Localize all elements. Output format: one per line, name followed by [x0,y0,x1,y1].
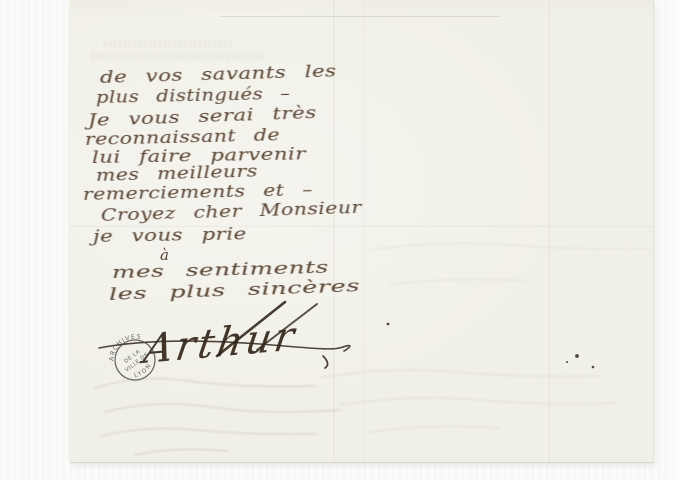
bleedthrough-strokes-middle-right [370,243,650,285]
bleedthrough-strokes-bottom-right [320,370,615,432]
letter-paper: de vos savants les plus distingués – Je … [70,0,654,463]
faint-embossed-letterhead [92,52,264,60]
archive-stamp: ARCHIVES LYON DE LA VILLE DE [103,328,167,392]
ink-specks [387,323,595,369]
faint-embossed-letterhead [104,41,234,48]
signature: Arthur [85,298,515,378]
scanned-letter-page: de vos savants les plus distingués – Je … [0,0,679,480]
stamp-ring [107,332,163,388]
signature-tail-stroke [323,356,328,368]
handwritten-line: de vos savants les [100,62,337,87]
svg-text:ARCHIVES: ARCHIVES [103,328,145,364]
stamp-center-line-1: DE LA [123,349,141,365]
bleedthrough-strokes-bottom-left [95,379,340,455]
stamp-arc-top-text: ARCHIVES [103,328,145,364]
stamp-arc-bottom-text: LYON [132,360,156,381]
vertical-fold-crease [363,0,365,462]
handwritten-line: je vous prie [93,225,247,246]
signature-text: Arthur [137,312,301,374]
signature-flourish-diagonal [257,304,317,350]
horizontal-scratch [220,16,500,17]
signature-flourish-diagonal [217,302,285,356]
svg-text:LYON: LYON [132,360,156,381]
stamp-center-line-2: VILLE DE [124,352,150,374]
signature-flourish-underline [99,341,350,351]
vertical-fold-crease [549,0,550,462]
